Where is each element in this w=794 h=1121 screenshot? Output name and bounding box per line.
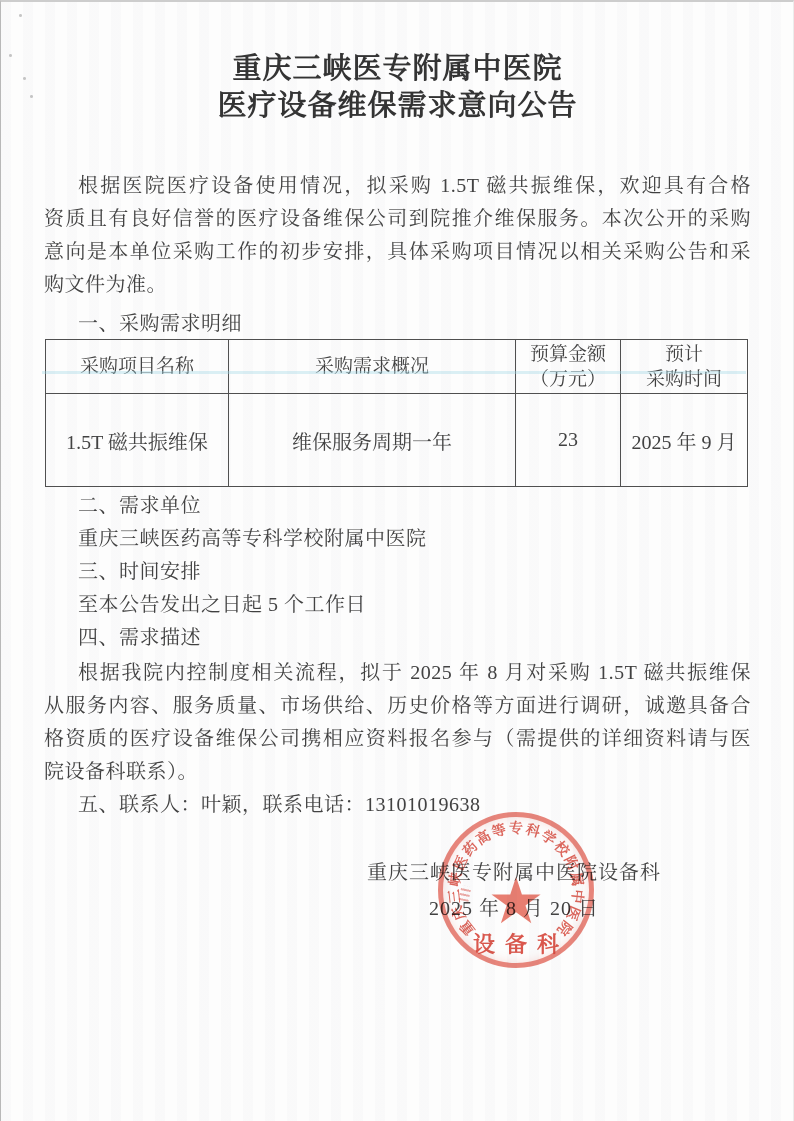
section-4-line: 根据我院内控制度相关流程，拟于 2025 年 8 月对采购 1.5T 磁共振维保: [44, 657, 751, 690]
cell-project-name: 1.5T 磁共振维保: [46, 394, 229, 487]
intro-line: 资质且有良好信誉的医疗设备维保公司到院推介维保服务。本次公开的采购: [44, 203, 751, 236]
header-overview: 采购需求概况: [229, 340, 516, 394]
table-header-row: 采购项目名称 采购需求概况 预算金额 （万元） 预计 采购时间: [46, 340, 748, 394]
header-budget: 预算金额 （万元）: [516, 340, 621, 394]
section-4-line: 从服务内容、服务质量、市场供给、历史价格等方面进行调研，诚邀具备合: [44, 690, 751, 723]
notice-title-line-1: 重庆三峡医专附属中医院: [44, 51, 751, 88]
section-4-heading: 四、需求描述: [44, 622, 751, 655]
section-2-body: 重庆三峡医药高等专科学校附属中医院: [44, 523, 751, 556]
section-list: 二、需求单位 重庆三峡医药高等专科学校附属中医院 三、时间安排 至本公告发出之日…: [44, 490, 751, 655]
header-time: 预计 采购时间: [621, 340, 748, 394]
signature-date: 2025 年 8 月 20 日: [364, 891, 664, 927]
scanned-notice-page: 重庆三峡医专附属中医院 医疗设备维保需求意向公告 根据医院医疗设备使用情况，拟采…: [0, 0, 794, 1121]
section-3-heading: 三、时间安排: [44, 556, 751, 589]
stamp-center-label: 设备科: [438, 928, 594, 959]
cell-overview: 维保服务周期一年: [229, 394, 516, 487]
section-4-line: 格资质的医疗设备维保公司携相应资料报名参与（需提供的详细资料请与医: [44, 723, 751, 756]
section-2-heading: 二、需求单位: [44, 490, 751, 523]
section-3-body: 至本公告发出之日起 5 个工作日: [44, 589, 751, 622]
cell-time: 2025 年 9 月: [621, 394, 748, 487]
header-time-line-1: 预计: [621, 342, 747, 367]
notice-content: 重庆三峡医专附属中医院 医疗设备维保需求意向公告 根据医院医疗设备使用情况，拟采…: [1, 2, 793, 927]
header-budget-line-2: （万元）: [516, 367, 620, 392]
section-5-contact-line: 五、联系人：叶颖，联系电话：13101019638: [44, 789, 751, 822]
section-4-paragraph: 根据我院内控制度相关流程，拟于 2025 年 8 月对采购 1.5T 磁共振维保…: [44, 657, 751, 789]
intro-line: 根据医院医疗设备使用情况，拟采购 1.5T 磁共振维保，欢迎具有合格: [44, 170, 751, 203]
intro-line: 意向是本单位采购工作的初步安排，具体采购项目情况以相关采购公告和采: [44, 236, 751, 269]
header-project-name: 采购项目名称: [46, 340, 229, 394]
header-budget-line-1: 预算金额: [516, 342, 620, 367]
notice-title-line-2: 医疗设备维保需求意向公告: [44, 88, 751, 125]
procurement-table: 采购项目名称 采购需求概况 预算金额 （万元） 预计 采购时间 1.5T 磁共振…: [45, 339, 748, 487]
intro-paragraph: 根据医院医疗设备使用情况，拟采购 1.5T 磁共振维保，欢迎具有合格 资质且有良…: [44, 170, 751, 302]
cell-budget: 23: [516, 394, 621, 487]
section-4-line: 院设备科联系）。: [44, 756, 751, 789]
intro-line: 购文件为准。: [44, 269, 751, 302]
header-time-line-2: 采购时间: [621, 367, 747, 392]
table-row: 1.5T 磁共振维保 维保服务周期一年 23 2025 年 9 月: [46, 394, 748, 487]
section-1-heading: 一、采购需求明细: [44, 308, 751, 341]
signature-block: 重庆三峡医专附属中医院设备科 2025 年 8 月 20 日: [364, 855, 664, 927]
signature-org: 重庆三峡医专附属中医院设备科: [364, 855, 664, 891]
